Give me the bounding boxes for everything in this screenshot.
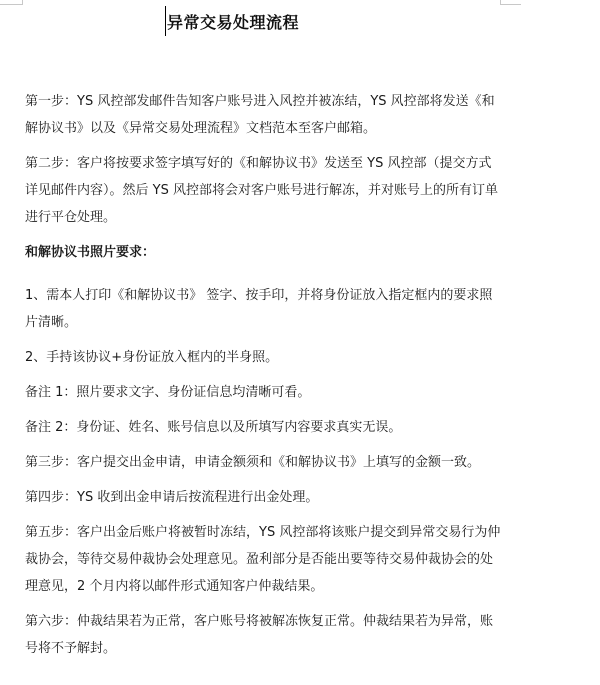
paragraph-step-5[interactable]: 第五步：客户出金后账户将被暂时冻结，YS 风控部将该账户提交到异常交易行为仲裁协… <box>25 519 503 600</box>
paragraph-step-1[interactable]: 第一步：YS 风控部发邮件告知客户账号进入风控并被冻结，YS 风控部将发送《和解… <box>25 88 503 142</box>
page-margin-corner-top-right <box>500 0 521 5</box>
photo-requirement-note-2[interactable]: 备注 2：身份证、姓名、账号信息以及所填写内容要求真实无误。 <box>25 414 503 441</box>
page-margin-corner-top-left <box>0 0 23 5</box>
paragraph-step-4[interactable]: 第四步：YS 收到出金申请后按流程进行出金处理。 <box>25 484 503 511</box>
photo-requirement-item-1[interactable]: 1、需本人打印《和解协议书》 签字、按手印，并将身份证放入指定框内的要求照片清晰… <box>25 282 503 336</box>
paragraph-step-2[interactable]: 第二步：客户将按要求签字填写好的《和解协议书》发送至 YS 风控部（提交方式详见… <box>25 150 503 231</box>
paragraph-step-3[interactable]: 第三步：客户提交出金申请，申请金额须和《和解协议书》上填写的金额一致。 <box>25 449 503 476</box>
photo-requirement-item-2[interactable]: 2、手持该协议+身份证放入框内的半身照。 <box>25 344 503 371</box>
photo-requirements-heading[interactable]: 和解协议书照片要求： <box>25 239 503 266</box>
document-title[interactable]: 异常交易处理流程 <box>167 10 299 33</box>
photo-requirement-note-1[interactable]: 备注 1：照片要求文字、身份证信息均清晰可看。 <box>25 379 503 406</box>
document-body[interactable]: 第一步：YS 风控部发邮件告知客户账号进入风控并被冻结，YS 风控部将发送《和解… <box>25 88 503 670</box>
paragraph-step-6[interactable]: 第六步：仲裁结果若为正常，客户账号将被解冻恢复正常。仲裁结果若为异常，账号将不予… <box>25 608 503 662</box>
text-cursor <box>165 6 166 36</box>
